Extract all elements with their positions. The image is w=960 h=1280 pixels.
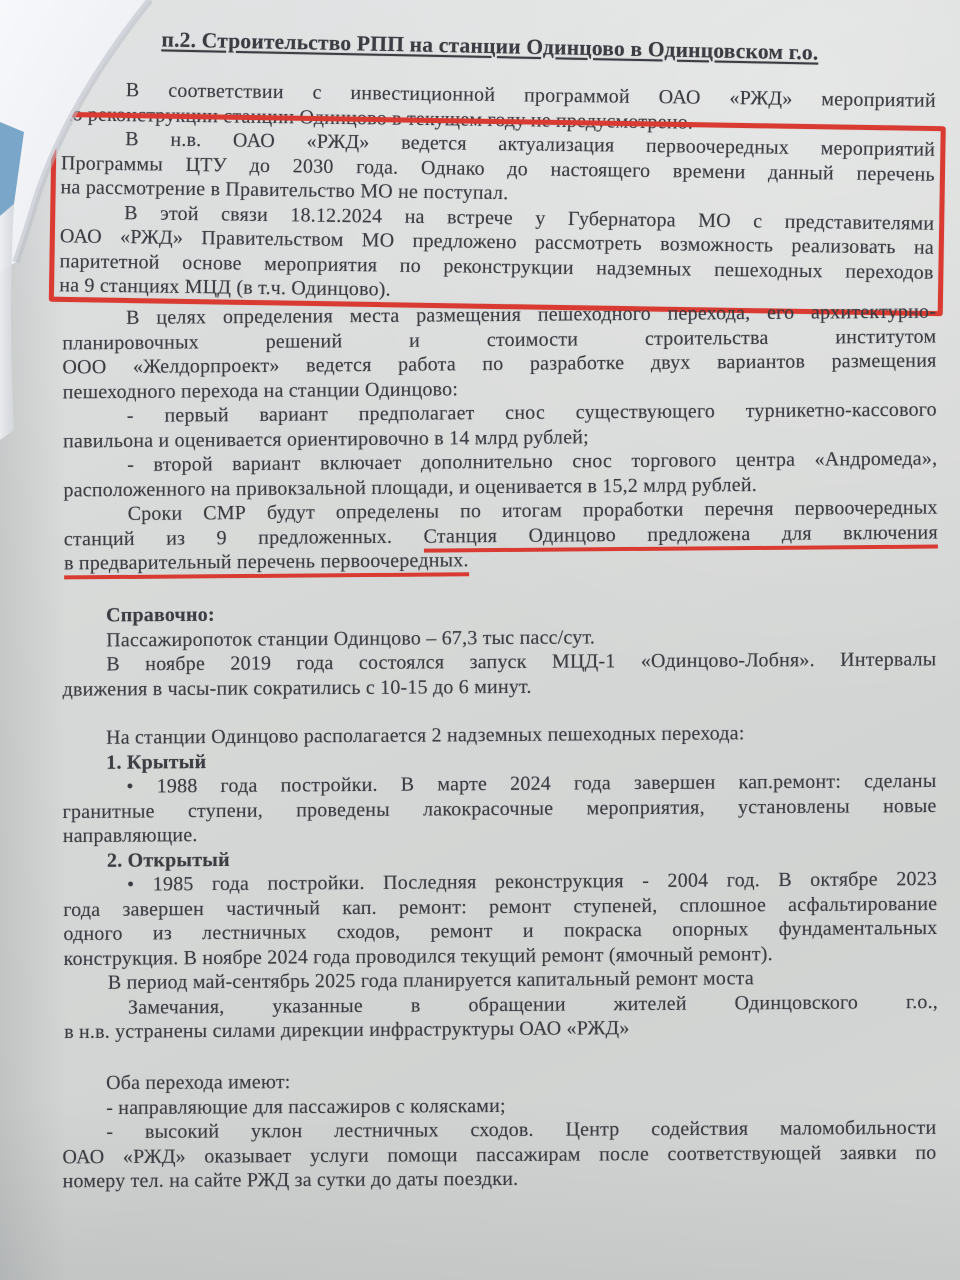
sroki-plain-text: станций из 9 предложенных. (64, 525, 424, 550)
text-line: ОАО «РЖД» оказывает услуги помощи пассаж… (62, 1140, 936, 1169)
red-underline-annotation: Станция Одинцово предложена для включени… (423, 521, 938, 552)
section-both-crossings: Оба перехода имеют: - направляющие для п… (62, 1067, 937, 1194)
section-placement: В целях определения места размещения пеш… (62, 300, 938, 576)
page-title: п.2. Строительство РПП на станции Одинцо… (70, 26, 910, 67)
section-crossings: На станции Одинцово располагается 2 надз… (62, 719, 938, 1044)
document-page: п.2. Строительство РПП на станции Одинцо… (0, 0, 960, 1192)
text-line: В ноябре 2019 года состоялся запуск МЦД-… (62, 647, 936, 677)
text-line: номеру тел. на сайте РЖД за сутки до дат… (63, 1165, 937, 1194)
annotated-section: В н.в. ОАО «РЖД» ведется актуализация пе… (59, 126, 935, 309)
document-photo: п.2. Строительство РПП на станции Одинцо… (0, 0, 960, 1280)
section-reference: Справочно: Пассажиропоток станции Одинцо… (62, 598, 937, 701)
section-top: В соответствии с инвестиционной программ… (59, 77, 936, 309)
red-underline-annotation: в предварительный перечень первоочередны… (64, 549, 469, 579)
